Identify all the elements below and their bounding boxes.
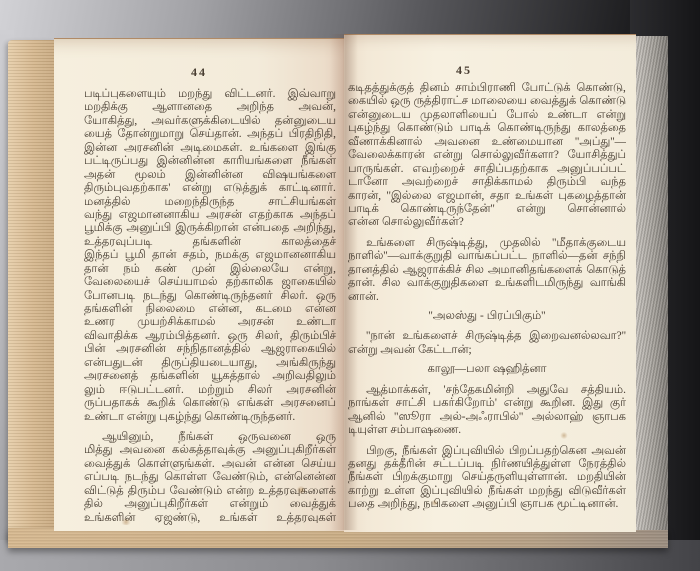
text-line: உண்டா என்று புகழ்ந்து கொண்டிருந்தனர். (84, 411, 336, 424)
text-line: காற்று உள்ள இப்புவியில் நீங்கள் மறந்து வ… (348, 485, 626, 498)
text-line: இன்ன அரசனின் அடிமைகள். உங்களை இங்கு அனுப… (84, 142, 336, 155)
text-line: ருப்பதாகக் கூறிக் கொண்டு எங்கள் அரசனைப் … (84, 397, 336, 410)
text-line: பாடிக் கொண்டிருந்தேன்'' என்று சொன்னால் அ… (348, 203, 626, 216)
centered-heading: காலூ—பலா ஷஹித்னா (348, 363, 626, 376)
text-line: உத்தரவுப்படி தங்களின் காலத்தைச் செலவழித்… (84, 236, 336, 249)
text-line: திரும்புவதற்காக' என்று எடுத்துக் காட்டின… (84, 182, 336, 195)
text-line: வீணாக்கினால் அவனை உண்மையான ''அப்து''— (348, 136, 626, 149)
book-left-page-edges (8, 40, 54, 542)
text-line: புகழ்ந்து கொண்டும் பாடிக் கொண்டிருந்து க… (348, 122, 626, 135)
text-line: வேலைக்காரன் என்று சொல்லுவீர்களா? யோசித்த… (348, 149, 626, 162)
text-line: னான். (348, 291, 626, 304)
text-line: உங்களை சிருஷ்டித்து, முதலில் ''மீதாக்குட… (348, 237, 626, 250)
page-stain (430, 500, 439, 506)
text-line: மித்து அவனை கல்கத்தாவுக்கு அனுப்புகிறீர்… (84, 444, 336, 457)
text-line: படிப்புகளையும் மறந்து விட்டனர். இவ்வாறு … (84, 88, 336, 101)
text-line: வந்து எஜமானனாகிய அரசன் எதற்காக அந்தப் பு… (84, 209, 336, 222)
page-stain (560, 432, 568, 439)
text-line: ஆத்மாக்கள், 'சந்தேகமின்றி அதுவே சத்தியம்… (348, 384, 626, 397)
text-line: தானத்தில் ஆஜராக்கிச் சில அமானிதங்களைக் க… (348, 264, 626, 277)
right-page-text: கடிதத்துக்குத் தினம் சாம்பிராணி போட்டுக்… (348, 82, 626, 512)
text-line: பூமிக்கு அனுப்பி இருக்கிறான் என்பதை அறிந… (84, 222, 336, 235)
text-line: வைத்துக் கொள்ளுங்கள். அவன் என்ன செய்ய வே… (84, 458, 336, 471)
text-line: மறதிக்கு ஆளானதை அறிந்த அவன், மறுசக்தியை … (84, 101, 336, 114)
text-line: தான். சில வாக்குறுதிகளை உங்களிடமிருந்து … (348, 277, 626, 290)
text-line: என்னுடைய முதலாளியைப் போல் உண்டா என்று (348, 109, 626, 122)
text-line: இந்தப் பூமி தான் சதம், நமக்கு எஜமானனாகிய… (84, 249, 336, 262)
text-line: என்ன சொல்லுவீர்கள்? (348, 216, 626, 229)
text-line: டானோ அவற்றைச் சாதிக்காமல் திரும்பி வந்த … (348, 176, 626, 189)
text-line: யைத் தோன்றுமாறு செய்தான். அந்தப் பிரதிநி… (84, 128, 336, 141)
text-line: என்பதுடன் திருப்தியடையாது, அங்கிருந்து க… (84, 357, 336, 370)
text-line: ஆயினும், நீங்கள் ஒருவனை ஒரு வேலைக்காக நி… (84, 431, 336, 444)
text-line: தனது தக்தீரின் சட்டப்படி நிர்ணயித்துள்ள … (348, 458, 626, 471)
text-line: அதன் மூலம் இன்னின்ன விஷயங்களை அடைந்துவிட… (84, 169, 336, 182)
text-line: பதை அறிந்து, நபிகளை அனுப்பி ஞாபக மூட்டின… (348, 498, 626, 511)
text-line: எப்படி நடந்து கொள்ள வேண்டும், என்னென்ன ச… (84, 471, 336, 484)
text-line: விவாதிக்க ஆரம்பித்தனர். ஒரு சிலர், திரும… (84, 330, 336, 343)
page-stain (296, 486, 306, 494)
text-line: பிறகு, நீங்கள் இப்புவியில் பிறப்பதற்கென … (348, 445, 626, 458)
text-line: தில் அனுப்புகிறீர்கள் என்றும் வைத்துக் க… (84, 498, 336, 511)
text-line: நாளில்''—வாக்குறுதி வாங்கப்பட்ட நாளில்—த… (348, 250, 626, 263)
page-stain (120, 519, 132, 525)
text-line: பின் அரசனின் சந்நிதானத்தில் ஆஜராகையில் அ… (84, 343, 336, 356)
text-line: யோகித்து, அவர்களுக்கிடையில் தன்னுடைய பிர… (84, 115, 336, 128)
text-line: டியுள்ள சம்பாஷணை. (348, 424, 626, 437)
text-line: அரசனைத் தங்களின் யூகத்தால் அறிவதிலும் அள… (84, 370, 336, 383)
text-line: பட்டிருப்பது இன்னின்ன காரியங்களை நீங்கள்… (84, 155, 336, 168)
centered-heading: ''அலஸ்து - பிரப்பிகும்'' (348, 310, 626, 323)
right-page-number: 45 (344, 63, 584, 78)
book-photo: 44 45 படிப்புகளையும் மறந்து விட்டனர். இவ… (0, 0, 700, 571)
left-page-number: 44 (54, 65, 344, 80)
text-line: உணர முயற்சிக்காமல் அரசன் உண்டா இல்லையா எ… (84, 316, 336, 329)
text-line: நாங்கள் சாட்சி பகர்கிறோம்' என்று கூறின. … (348, 397, 626, 410)
text-line: பாருங்கள். எவற்றைச் சாதிப்பதற்காக அனுப்ப… (348, 163, 626, 176)
text-line: ஆனில் ''ஸூரா அல்-அஃராபில்'' அல்லாஹ் ஞாபக… (348, 411, 626, 424)
text-line: காரன், ''இல்லை எஜமான், சதா உங்கள் புகழைத… (348, 190, 626, 203)
text-line: கடிதத்துக்குத் தினம் சாம்பிராணி போட்டுக்… (348, 82, 626, 95)
text-line: தங்களின் நிலைமை என்ன, கடமை என்ன என்பதை (84, 303, 336, 316)
text-line: ''நான் உங்களைச் சிருஷ்டித்த இறைவனல்லவா?'… (348, 330, 626, 343)
text-line: லும் ஈடுபட்டனர். மற்றும் சிலர் அரசனின் ப… (84, 384, 336, 397)
text-line: கையில் ஒரு ருத்திராட்ச மாலையை வைத்துக் க… (348, 95, 626, 108)
left-page-text: படிப்புகளையும் மறந்து விட்டனர். இவ்வாறு … (84, 88, 336, 525)
text-line: என்று அவன் கேட்டான்; (348, 344, 626, 357)
text-line: வேலையைச் செய்யாமல் தற்காலிக ஜாகையில் மனம… (84, 276, 336, 289)
book-right-page-edges (636, 36, 668, 530)
text-line: நீங்கள் பிறக்குமாறு செய்தருளியுள்ளான். ம… (348, 471, 626, 484)
text-line: தான் நம் கண் முன் இல்லையே என்று, அனுப்பப… (84, 263, 336, 276)
text-line: மனத்தில் மறைந்திருந்த சாட்சியங்கள் ஞாபகத… (84, 196, 336, 209)
text-line: போனபடி நடந்து கொண்டிருந்தனர் சிலர். ஒரு … (84, 290, 336, 303)
